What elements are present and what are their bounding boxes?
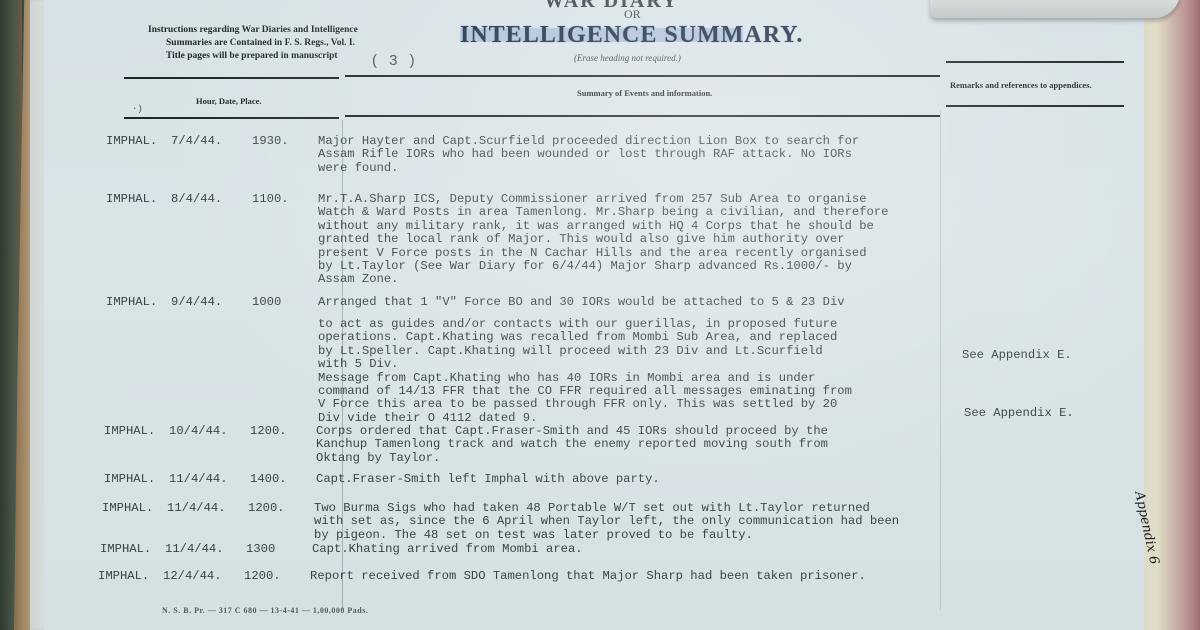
entry-date: 8/4/44. xyxy=(171,193,222,206)
entry-date: 11/4/44. xyxy=(167,502,226,515)
instruction-line: Title pages will be prepared in manuscri… xyxy=(148,50,358,63)
form-title-text: INTELLIGENCE SUMMARY. xyxy=(460,22,803,48)
entry-date: 12/4/44. xyxy=(163,570,222,583)
header-rule xyxy=(345,115,940,117)
header-rule xyxy=(946,61,1124,63)
summary-line: V Force this area to be passed through F… xyxy=(318,398,998,411)
header-rule xyxy=(124,77,339,79)
header-rule xyxy=(124,117,339,119)
summary-line: Report received from SDO Tamenlong that … xyxy=(310,570,990,583)
entry-summary: Corps ordered that Capt.Fraser-Smith and… xyxy=(316,425,996,465)
entry-place: IMPHAL. xyxy=(100,543,151,556)
curled-page-corner xyxy=(930,0,1180,18)
column-header-summary: Summary of Events and information. xyxy=(577,88,712,98)
summary-line: to act as guides and/or contacts with ou… xyxy=(318,318,998,331)
entry-time: 1400. xyxy=(250,473,287,486)
form-title-war-diary: WAR DIARY xyxy=(544,0,679,13)
remark-appendix-reference: See Appendix E. xyxy=(962,348,1072,362)
entry-place: IMPHAL. xyxy=(98,570,149,583)
header-rule xyxy=(946,105,1124,107)
form-title-intelligence-summary: INTELLIGENCE SUMMARY. xyxy=(460,22,803,49)
instruction-line: Instructions regarding War Diaries and I… xyxy=(148,24,358,37)
entry-summary: Capt.Fraser-Smith left Imphal with above… xyxy=(316,473,996,486)
summary-line: with set as, since the 6 April when Tayl… xyxy=(314,515,994,528)
summary-line: by pigeon. The 48 set on test was later … xyxy=(314,529,994,542)
entry-date: 7/4/44. xyxy=(171,135,222,148)
entry-place: IMPHAL. xyxy=(106,193,157,206)
summary-line: were found. xyxy=(318,162,998,175)
instruction-line: Summaries are Contained in F. S. Regs., … xyxy=(148,37,358,50)
summary-line: granted the local rank of Major. This wo… xyxy=(318,233,998,246)
summary-line: Mr.T.A.Sharp ICS, Deputy Commissioner ar… xyxy=(318,193,998,206)
summary-line: operations. Capt.Khating was recalled fr… xyxy=(318,331,998,344)
entry-time: 1000 xyxy=(252,296,281,309)
header-rule xyxy=(345,75,940,77)
summary-line: without any military rank, it was arrang… xyxy=(318,220,998,233)
summary-line: with 5 Div. xyxy=(318,358,998,371)
summary-line: present V Force posts in the N Cachar Hi… xyxy=(318,247,998,260)
entry-time: 1200. xyxy=(244,570,281,583)
entry-date: 11/4/44. xyxy=(169,473,228,486)
column-header-remarks: Remarks and references to appendices. xyxy=(950,80,1092,90)
entry-time: 1930. xyxy=(252,135,289,148)
summary-line: Kanchup Tamenlong track and watch the en… xyxy=(316,438,996,451)
summary-line: Arranged that 1 "V" Force BO and 30 IORs… xyxy=(318,296,998,309)
entry-summary: Report received from SDO Tamenlong that … xyxy=(310,570,990,583)
entry-date: 11/4/44. xyxy=(165,543,224,556)
entry-date: 9/4/44. xyxy=(171,296,222,309)
page-number: ( 3 ) xyxy=(372,52,419,69)
entry-place: IMPHAL. xyxy=(106,135,157,148)
entry-summary: Major Hayter and Capt.Scurfield proceede… xyxy=(318,135,998,175)
remark-appendix-reference: See Appendix E. xyxy=(964,406,1074,420)
summary-line: Corps ordered that Capt.Fraser-Smith and… xyxy=(316,425,996,438)
corner-mark: ·) xyxy=(132,104,143,114)
entry-date: 10/4/44. xyxy=(169,425,228,438)
entry-place: IMPHAL. xyxy=(106,296,157,309)
entry-place: IMPHAL. xyxy=(104,425,155,438)
summary-line: Capt.Fraser-Smith left Imphal with above… xyxy=(316,473,996,486)
summary-line: by Lt.Speller. Capt.Khating will proceed… xyxy=(318,345,998,358)
entry-time: 1300 xyxy=(246,543,275,556)
form-title-or: OR xyxy=(624,7,641,22)
column-header-hour-date-place: Hour, Date, Place. xyxy=(196,96,262,106)
entry-time: 1200. xyxy=(248,502,285,515)
entry-summary: Mr.T.A.Sharp ICS, Deputy Commissioner ar… xyxy=(318,193,998,287)
summary-line: Major Hayter and Capt.Scurfield proceede… xyxy=(318,135,998,148)
summary-line: by Lt.Taylor (See War Diary for 6/4/44) … xyxy=(318,260,998,273)
document-page: WAR DIARY OR INTELLIGENCE SUMMARY. (Eras… xyxy=(44,0,1144,630)
form-instructions: Instructions regarding War Diaries and I… xyxy=(148,24,358,63)
summary-line: Assam Rifle IORs who had been wounded or… xyxy=(318,148,998,161)
entry-place: IMPHAL. xyxy=(104,473,155,486)
summary-line: Assam Zone. xyxy=(318,273,998,286)
summary-line: Two Burma Sigs who had taken 48 Portable… xyxy=(314,502,994,515)
erase-heading-note: (Erase heading not required.) xyxy=(574,53,681,63)
entry-summary: Arranged that 1 "V" Force BO and 30 IORs… xyxy=(318,296,998,309)
entry-time: 1200. xyxy=(250,425,287,438)
summary-line: Watch & Ward Posts in area Tamenlong. Mr… xyxy=(318,206,998,219)
entry-summary: Two Burma Sigs who had taken 48 Portable… xyxy=(314,502,994,542)
entry-summary: to act as guides and/or contacts with ou… xyxy=(318,318,998,425)
summary-line: Capt.Khating arrived from Mombi area. xyxy=(312,543,992,556)
entry-place: IMPHAL. xyxy=(102,502,153,515)
summary-line: Message from Capt.Khating who has 40 IOR… xyxy=(318,372,998,385)
entry-summary: Capt.Khating arrived from Mombi area. xyxy=(312,543,992,556)
entry-time: 1100. xyxy=(252,193,289,206)
summary-line: Oktang by Taylor. xyxy=(316,452,996,465)
printer-imprint: N. S. B. Pr. — 317 C 680 — 13-4-41 — 1,0… xyxy=(162,606,368,615)
summary-line: command of 14/13 FFR that the CO FFR req… xyxy=(318,385,998,398)
